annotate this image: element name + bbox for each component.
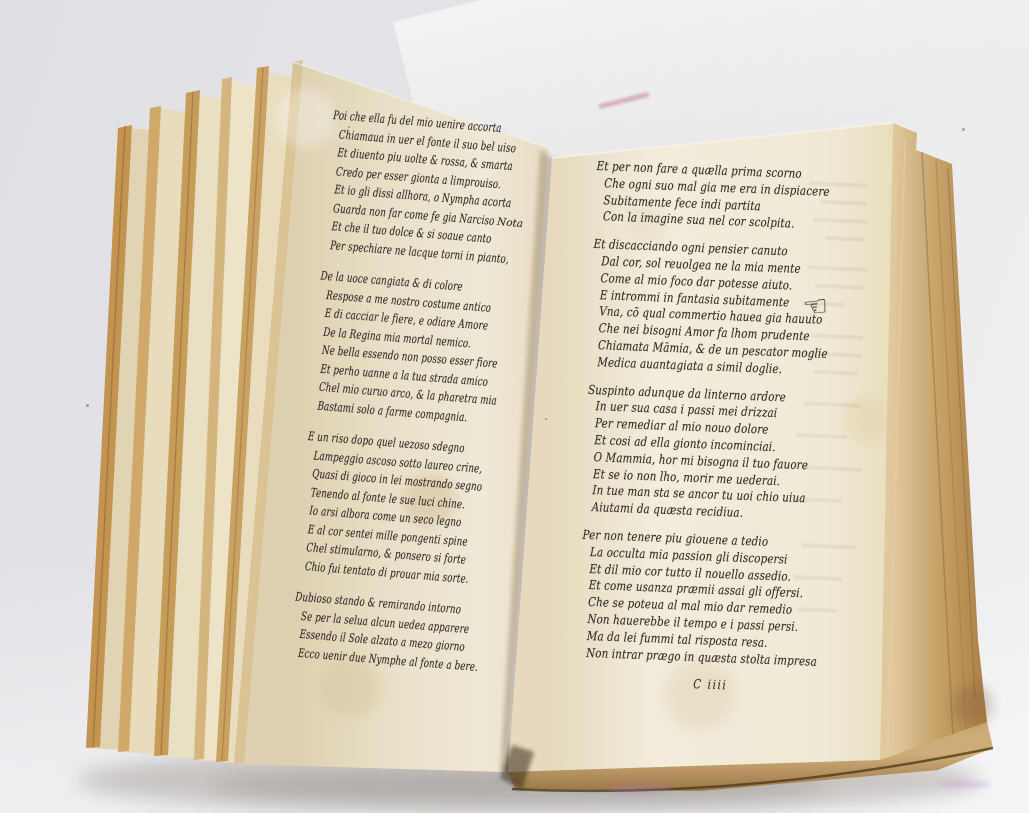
dust-speck [86, 404, 89, 407]
stanza: Et per non fare a quælla prima scornoChe… [594, 158, 842, 235]
right-page-text: Et per non fare a quælla prima scornoChe… [577, 158, 897, 700]
dust-speck [545, 418, 547, 420]
stanza: Suspinto adunque da linterno ardoreIn ue… [583, 381, 834, 525]
margin-note-nota: Nota [497, 216, 524, 230]
stanza: E un riso dopo quel uezoso sdegnoLampegg… [297, 427, 545, 593]
stanza: Per non tenere piu giouene a tedioLa occ… [578, 527, 829, 671]
purple-smudge [608, 784, 672, 793]
stanza: De la uoce cangiata & di coloreRespose a… [310, 267, 558, 433]
purple-smudge [938, 780, 990, 789]
stanza: Dubioso stando & remirando intornoSe per… [290, 588, 533, 680]
dust-speck [348, 126, 350, 128]
dust-speck [962, 128, 965, 131]
stanza: Poi che ella fu del mio uenire accortaCh… [322, 106, 570, 272]
photo-backdrop: Poi che ella fu del mio uenire accortaCh… [0, 0, 1029, 813]
manicule-icon: ☜ [802, 292, 830, 322]
